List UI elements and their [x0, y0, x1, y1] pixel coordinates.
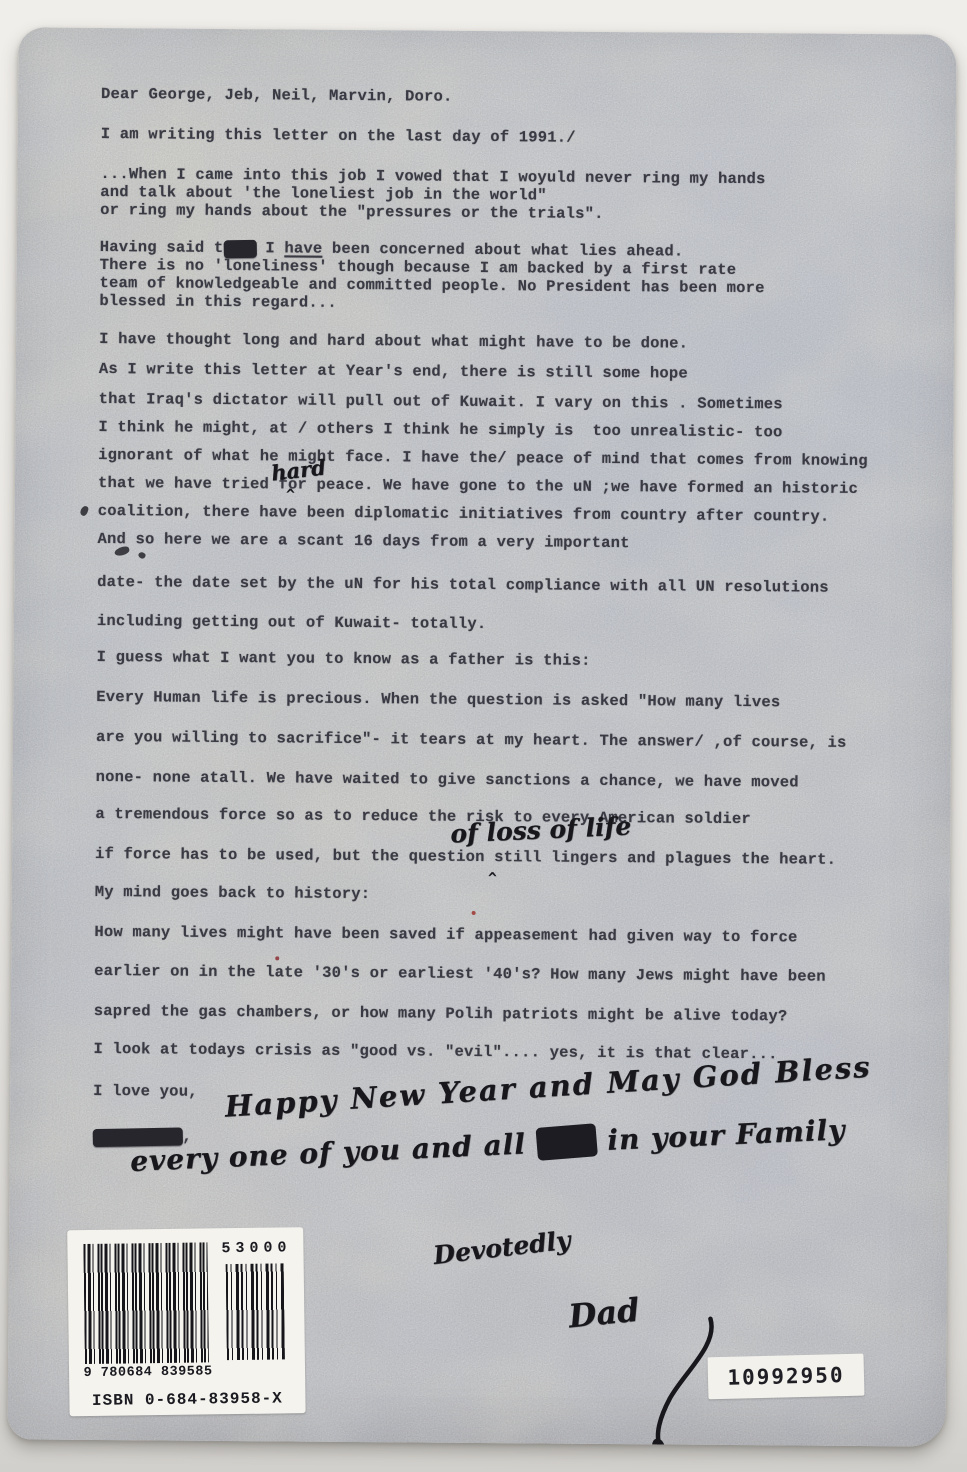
barcode-addon-number: 53000	[221, 1239, 287, 1257]
letter-line: I think he might, at / others I think he…	[98, 419, 782, 442]
letter-line: As I write this letter at Year's end, th…	[99, 361, 688, 383]
inventory-sticker: 10992950	[708, 1354, 865, 1400]
ink-speck	[472, 911, 476, 915]
barcode-label: 53000 9 780684 839585 ISBN 0-684-83958-X	[67, 1227, 305, 1416]
letter-line: or ring my hands about the "pressures or…	[100, 202, 604, 224]
letter-line: blessed in this regard...	[99, 293, 337, 313]
letter-line: I am writing this letter on the last day…	[101, 126, 576, 148]
letter-line: none- none atall. We have waited to give…	[96, 769, 799, 792]
letter-line: including getting out of Kuwait- totally…	[97, 613, 487, 634]
letter-line: earlier on in the late '30's or earliest…	[94, 963, 826, 987]
letter-line: ignorant of what he might face. I have t…	[98, 447, 868, 471]
ean-addon-bars	[226, 1263, 285, 1360]
letter-line: that Iraq's dictator will pull out of Ku…	[99, 391, 783, 414]
photo-of-book-back-cover: { "letter": { "lines": [ "Dear George, J…	[0, 0, 967, 1472]
underlined-word: have	[284, 239, 322, 257]
letter-line: a tremendous force so as to reduce the r…	[95, 806, 751, 829]
letter-line: that we have tried for peace. We have go…	[98, 475, 858, 499]
letter-text: Having said t	[100, 238, 224, 257]
typed-letter: Dear George, Jeb, Neil, Marvin, Doro. I …	[19, 27, 957, 34]
scribbled-word: hat	[223, 240, 256, 258]
scribbled-handwritten-word: the	[535, 1123, 598, 1161]
letter-line: And so here we are a scant 16 days from …	[97, 531, 629, 553]
letter-text: I	[256, 239, 285, 257]
letter-line: are you willing to sacrifice"- it tears …	[96, 729, 847, 753]
book-back-cover: Dear George, Jeb, Neil, Marvin, Doro. I …	[7, 27, 956, 1446]
letter-line: date- the date set by the uN for his tot…	[97, 574, 829, 598]
letter-line: sapred the gas chambers, or how many Pol…	[94, 1003, 788, 1026]
letter-line: if force has to be used, but the questio…	[95, 846, 836, 870]
letter-line: I have thought long and hard about what …	[99, 331, 688, 353]
letter-line: coalition, there have been diplomatic in…	[98, 503, 830, 527]
ean-barcode-bars	[83, 1242, 209, 1364]
letter-line: How many lives might have been saved if …	[94, 924, 797, 947]
isbn-number: ISBN 0-684-83958-X	[69, 1389, 305, 1410]
pen-mark	[137, 551, 146, 560]
handwritten-devotedly: Devotedly	[432, 1225, 572, 1270]
ean-number: 9 780684 839585	[77, 1364, 219, 1381]
letter-line: My mind goes back to history:	[95, 884, 371, 904]
letter-line: Every Human life is precious. When the q…	[96, 689, 780, 712]
inventory-number: 10992950	[727, 1363, 845, 1390]
caret-mark: ^	[488, 869, 497, 887]
ink-speck	[275, 956, 279, 960]
letter-line-i-love-you: I love you,	[93, 1083, 198, 1102]
handwritten-text: in your Family	[596, 1113, 846, 1157]
caret-mark: ^	[286, 485, 295, 503]
handwritten-annotations: hard ^ of loss of life ^ Happy New Year …	[19, 27, 957, 34]
pen-mark	[79, 505, 89, 517]
letter-line: I guess what I want you to know as a fat…	[97, 649, 591, 671]
letter-line-salutation: Dear George, Jeb, Neil, Marvin, Doro.	[101, 86, 453, 107]
